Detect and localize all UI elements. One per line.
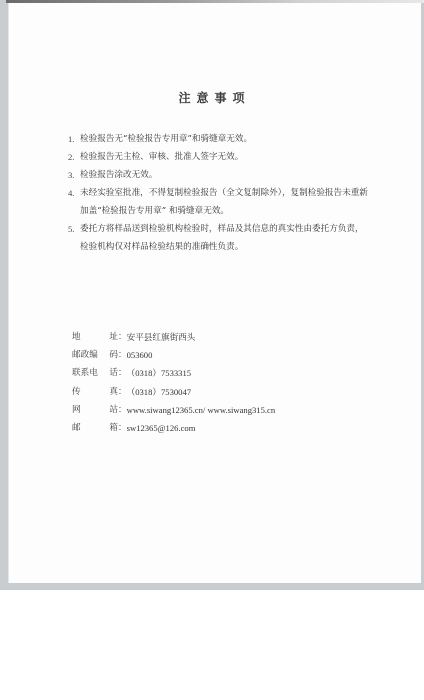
note-text-continuation: 加盖“检验报告专用章” 和骑缝章无效。 [80,202,398,220]
contact-label: 地 址 [72,328,118,346]
label-part: 址 [109,328,118,346]
note-text: 未经实验室批准，不得复制检验报告（全文复制除外），复制检验报告未重新 [80,184,398,202]
contact-label: 联系电 话 [72,364,118,382]
label-separator: ： [118,364,127,382]
label-separator: ： [118,346,127,364]
phone-value: （0318）7533315 [127,364,191,382]
fax-value: （0318）7530047 [127,383,191,401]
contact-block: 地 址 ： 安平县红旗街西头 邮政编 码 ： 053600 联系电 话 ： [72,328,275,437]
label-separator: ： [118,328,127,346]
note-text: 检验报告无主检、审核、批准人签字无效。 [80,148,398,166]
note-item-5-continuation: 检验机构仅对样品检验结果的准确性负责。 [68,238,398,256]
note-text: 委托方将样品送到检验机构检验时，样品及其信息的真实性由委托方负责， [80,220,398,238]
contact-website: 网 站 ： www.siwang12365.cn/ www.siwang315.… [72,401,275,419]
address-value: 安平县红旗街西头 [127,328,196,346]
label-part: 邮政编 [72,346,98,364]
note-item-3: 3. 检验报告涂改无效。 [68,166,398,184]
label-separator: ： [118,419,127,437]
contact-label: 邮政编 码 [72,346,118,364]
label-part: 地 [72,328,81,346]
contact-phone: 联系电 话 ： （0318）7533315 [72,364,275,382]
contact-fax: 传 真 ： （0318）7530047 [72,383,275,401]
notes-list: 1. 检验报告无“检验报告专用章”和骑缝章无效。 2. 检验报告无主检、审核、批… [68,130,398,256]
label-part: 真 [109,383,118,401]
note-number: 4. [68,184,80,202]
note-item-4: 4. 未经实验室批准，不得复制检验报告（全文复制除外），复制检验报告未重新 [68,184,398,202]
note-text: 检验报告无“检验报告专用章”和骑缝章无效。 [80,130,398,148]
label-separator: ： [118,401,127,419]
note-text-continuation: 检验机构仅对样品检验结果的准确性负责。 [80,238,398,256]
note-item-2: 2. 检验报告无主检、审核、批准人签字无效。 [68,148,398,166]
label-part: 码 [109,346,118,364]
contact-label: 邮 箱 [72,419,118,437]
label-separator: ： [118,383,127,401]
label-part: 邮 [72,419,81,437]
note-number: 5. [68,220,80,238]
page-title: 注意事项 [8,89,421,106]
label-part: 话 [109,364,118,382]
contact-postcode: 邮政编 码 ： 053600 [72,346,275,364]
label-part: 网 [72,401,81,419]
email-value: sw12365@126.com [127,419,196,437]
contact-email: 邮 箱 ： sw12365@126.com [72,419,275,437]
note-number: 1. [68,130,80,148]
label-part: 箱 [109,419,118,437]
contact-label: 传 真 [72,383,118,401]
contact-label: 网 站 [72,401,118,419]
note-item-5: 5. 委托方将样品送到检验机构检验时，样品及其信息的真实性由委托方负责， [68,220,398,238]
label-part: 传 [72,383,81,401]
document-page: 注意事项 1. 检验报告无“检验报告专用章”和骑缝章无效。 2. 检验报告无主检… [8,3,421,583]
website-value: www.siwang12365.cn/ www.siwang315.cn [127,401,276,419]
contact-address: 地 址 ： 安平县红旗街西头 [72,328,275,346]
note-item-4-continuation: 加盖“检验报告专用章” 和骑缝章无效。 [68,202,398,220]
note-number: 3. [68,166,80,184]
note-item-1: 1. 检验报告无“检验报告专用章”和骑缝章无效。 [68,130,398,148]
label-part: 站 [109,401,118,419]
note-number: 2. [68,148,80,166]
postcode-value: 053600 [127,346,153,364]
label-part: 联系电 [72,364,98,382]
scan-frame: 注意事项 1. 检验报告无“检验报告专用章”和骑缝章无效。 2. 检验报告无主检… [0,0,424,590]
note-text: 检验报告涂改无效。 [80,166,398,184]
